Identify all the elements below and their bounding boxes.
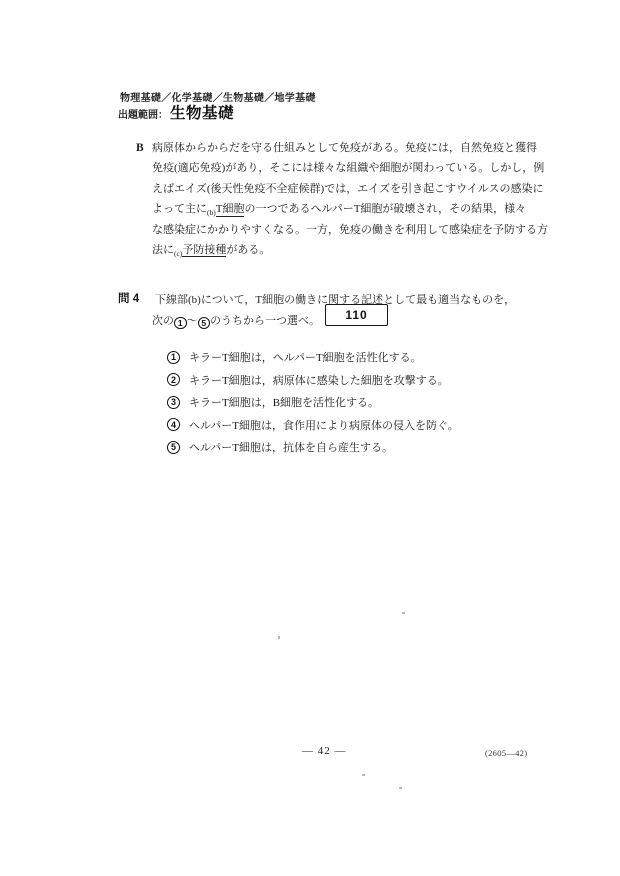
passage-line-4-post: の一つであるヘルパーT細胞が破壊され，その結果，様々 (244, 203, 526, 215)
scan-speck (362, 774, 365, 776)
option-row-1: 1 キラーT細胞は，ヘルパーT細胞を活性化する。 (167, 346, 459, 369)
option-4-text: ヘルパーT細胞は，食作用により病原体の侵入を防ぐ。 (189, 417, 459, 433)
option-5-circled-number-icon: 5 (167, 441, 180, 454)
passage-b: B 病原体からからだを守る仕組みとして免疫がある。免疫には，自然免疫と獲得 免疫… (152, 138, 548, 260)
option-row-5: 5 ヘルパーT細胞は，抗体を自ら産生する。 (167, 436, 459, 459)
passage-label: B (136, 138, 144, 158)
circled-number-1-icon: 1 (174, 317, 187, 330)
passage-line-6: 法に(c)予防接種がある。 (152, 240, 548, 260)
exam-scope-label: 出題範囲： (118, 106, 168, 121)
passage-line-2: 免疫(適応免疫)があり，そこには様々な組織や細胞が関わっている。しかし，例 (152, 158, 548, 178)
answer-number-box: 110 (325, 304, 388, 326)
option-row-3: 3 キラーT細胞は，B細胞を活性化する。 (167, 391, 459, 414)
question-text-line-2: 次の1～5のうちから一つ選べ。 (152, 312, 320, 329)
option-5-text: ヘルパーT細胞は，抗体を自ら産生する。 (189, 439, 393, 455)
option-4-circled-number-icon: 4 (167, 418, 180, 431)
passage-line-6-pre: 法に (152, 244, 174, 256)
passage-line-5: な感染症にかかりやすくなる。一方，免疫の働きを利用して感染症を予防する方 (152, 220, 548, 240)
print-code: (2605—42) (485, 748, 527, 758)
subject-title: 生物基礎 (170, 101, 234, 123)
page-number: — 42 — (302, 745, 347, 757)
option-3-circled-number-icon: 3 (167, 396, 180, 409)
options-list: 1 キラーT細胞は，ヘルパーT細胞を活性化する。 2 キラーT細胞は，病原体に感… (167, 346, 459, 459)
scan-speck (402, 612, 405, 614)
option-row-4: 4 ヘルパーT細胞は，食作用により病原体の侵入を防ぐ。 (167, 414, 459, 437)
scan-speck (399, 787, 402, 789)
passage-line-4-pre: よって主に (152, 203, 207, 215)
subscript-marker-b: (b) (207, 208, 216, 217)
scan-speck (278, 636, 280, 639)
option-1-text: キラーT細胞は，ヘルパーT細胞を活性化する。 (189, 349, 422, 365)
exam-scan-page: 物理基礎／化学基礎／生物基礎／地学基礎 出題範囲： 生物基礎 B 病原体からから… (0, 0, 620, 876)
underlined-term-t-cell: T細胞 (216, 203, 245, 217)
passage-line-3: えばエイズ(後天性免疫不全症候群)では，エイズを引き起こすウイルスの感染に (152, 179, 548, 199)
passage-line-1: 病原体からからだを守る仕組みとして免疫がある。免疫には，自然免疫と獲得 (152, 138, 548, 158)
question-line-2-pre: 次の (152, 315, 174, 327)
range-tilde: ～ (187, 315, 198, 327)
option-2-circled-number-icon: 2 (167, 373, 180, 386)
passage-line-4: よって主に(b)T細胞の一つであるヘルパーT細胞が破壊され，その結果，様々 (152, 199, 548, 219)
question-line-2-post: のうちから一つ選べ。 (210, 315, 320, 327)
option-row-2: 2 キラーT細胞は，病原体に感染した細胞を攻撃する。 (167, 369, 459, 392)
option-2-text: キラーT細胞は，病原体に感染した細胞を攻撃する。 (189, 372, 449, 388)
question-4-label: 問 4 (118, 290, 139, 306)
passage-line-6-post: がある。 (226, 244, 270, 256)
circled-number-5-icon: 5 (198, 317, 211, 330)
exam-scope-row: 出題範囲： 生物基礎 (118, 101, 234, 123)
option-3-text: キラーT細胞は，B細胞を活性化する。 (189, 394, 379, 410)
underlined-term-vaccination: 予防接種 (182, 244, 226, 258)
option-1-circled-number-icon: 1 (167, 351, 180, 364)
